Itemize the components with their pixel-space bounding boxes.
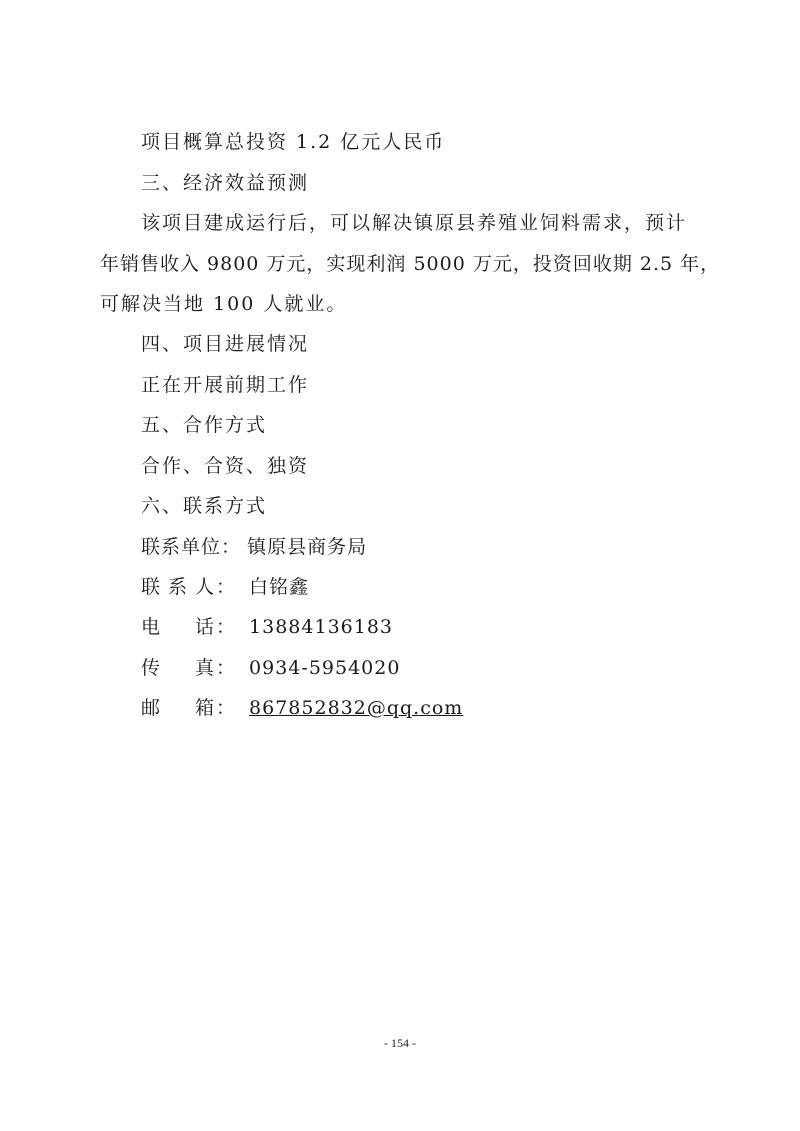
document-page: 项目概算总投资 1.2 亿元人民币 三、经济效益预测 该项目建成运行后，可以解决… [0,0,800,1131]
phone-value: 13884136183 [249,616,393,638]
page-number: - 154 - [0,1036,800,1051]
section-heading-cooperation: 五、合作方式 [141,413,267,437]
section-heading-progress: 四、项目进展情况 [141,332,309,356]
email-link[interactable]: 867852832@qq.com [249,697,463,719]
contact-unit-row: 联系单位： 镇原县商务局 [141,535,367,559]
email-row: 邮 箱： 867852832@qq.com [141,696,463,720]
contact-unit-value: 镇原县商务局 [247,536,367,558]
paragraph-line: 年销售收入 9800 万元，实现利润 5000 万元，投资回收期 2.5 年， [100,252,720,276]
investment-text: 项目概算总投资 1.2 亿元人民币 [141,130,445,154]
fax-row: 传 真： 0934-5954020 [141,656,400,680]
contact-person-value: 白铭鑫 [249,576,309,598]
fax-label: 传 真： [141,656,237,680]
fax-value: 0934-5954020 [249,657,400,679]
contact-person-row: 联 系 人： 白铭鑫 [141,575,309,599]
phone-label: 电 话： [141,615,237,639]
paragraph-line: 该项目建成运行后，可以解决镇原县养殖业饲料需求，预计 [141,211,687,235]
paragraph-line: 可解决当地 100 人就业。 [100,292,347,316]
contact-unit-label: 联系单位： [141,535,241,559]
phone-row: 电 话： 13884136183 [141,615,393,639]
section-heading-economic-benefit: 三、经济效益预测 [141,171,309,195]
section-heading-contact: 六、联系方式 [141,494,267,518]
progress-text: 正在开展前期工作 [141,373,309,397]
email-label: 邮 箱： [141,696,237,720]
cooperation-text: 合作、合资、独资 [141,454,309,478]
contact-person-label: 联 系 人： [141,575,237,599]
